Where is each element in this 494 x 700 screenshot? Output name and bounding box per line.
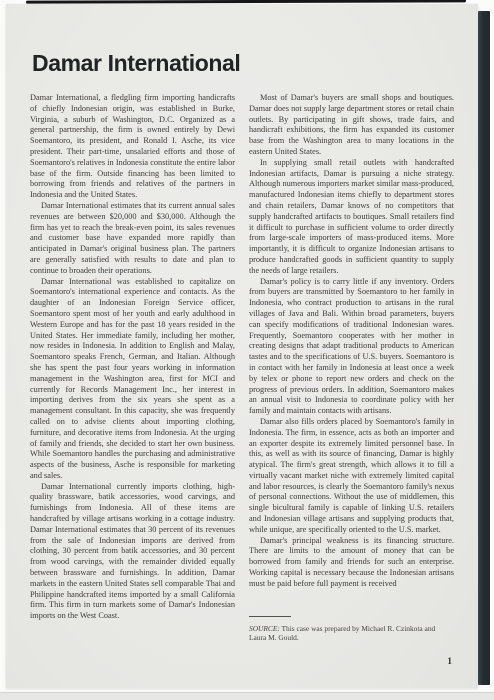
body-paragraph: Damar International, a fledgling firm im… bbox=[30, 93, 235, 201]
body-paragraph: Damar's policy is to carry little if any… bbox=[249, 277, 454, 417]
book-edge-bar bbox=[478, 11, 490, 685]
body-paragraph: Damar International was established to c… bbox=[30, 277, 235, 482]
source-note-block: SOURCE: This case was prepared by Michae… bbox=[249, 616, 454, 643]
body-paragraph: Most of Damar's buyers are small shops a… bbox=[249, 93, 454, 158]
source-divider bbox=[249, 616, 291, 617]
two-column-body: Damar International, a fledgling firm im… bbox=[30, 93, 454, 668]
body-paragraph: In supplying small retail outlets with h… bbox=[249, 158, 454, 277]
body-paragraph: Damar also fills orders placed by Soeman… bbox=[249, 417, 454, 536]
source-note: SOURCE: This case was prepared by Michae… bbox=[249, 624, 454, 643]
body-paragraph: Damar's principal weakness is its financ… bbox=[249, 536, 454, 590]
source-label: SOURCE: bbox=[249, 624, 280, 633]
page-title: Damar International bbox=[32, 50, 454, 77]
page-sheet: Damar International Damar International,… bbox=[6, 4, 478, 688]
right-column: Most of Damar's buyers are small shops a… bbox=[249, 93, 454, 668]
body-paragraph: Damar International estimates that its c… bbox=[30, 201, 235, 277]
page-number: 1 bbox=[249, 657, 454, 668]
page-content: Damar International Damar International,… bbox=[30, 50, 454, 668]
left-column: Damar International, a fledgling firm im… bbox=[30, 93, 235, 668]
body-paragraph: Damar International currently imports cl… bbox=[30, 482, 235, 622]
scan-bottom-strip bbox=[0, 692, 494, 700]
